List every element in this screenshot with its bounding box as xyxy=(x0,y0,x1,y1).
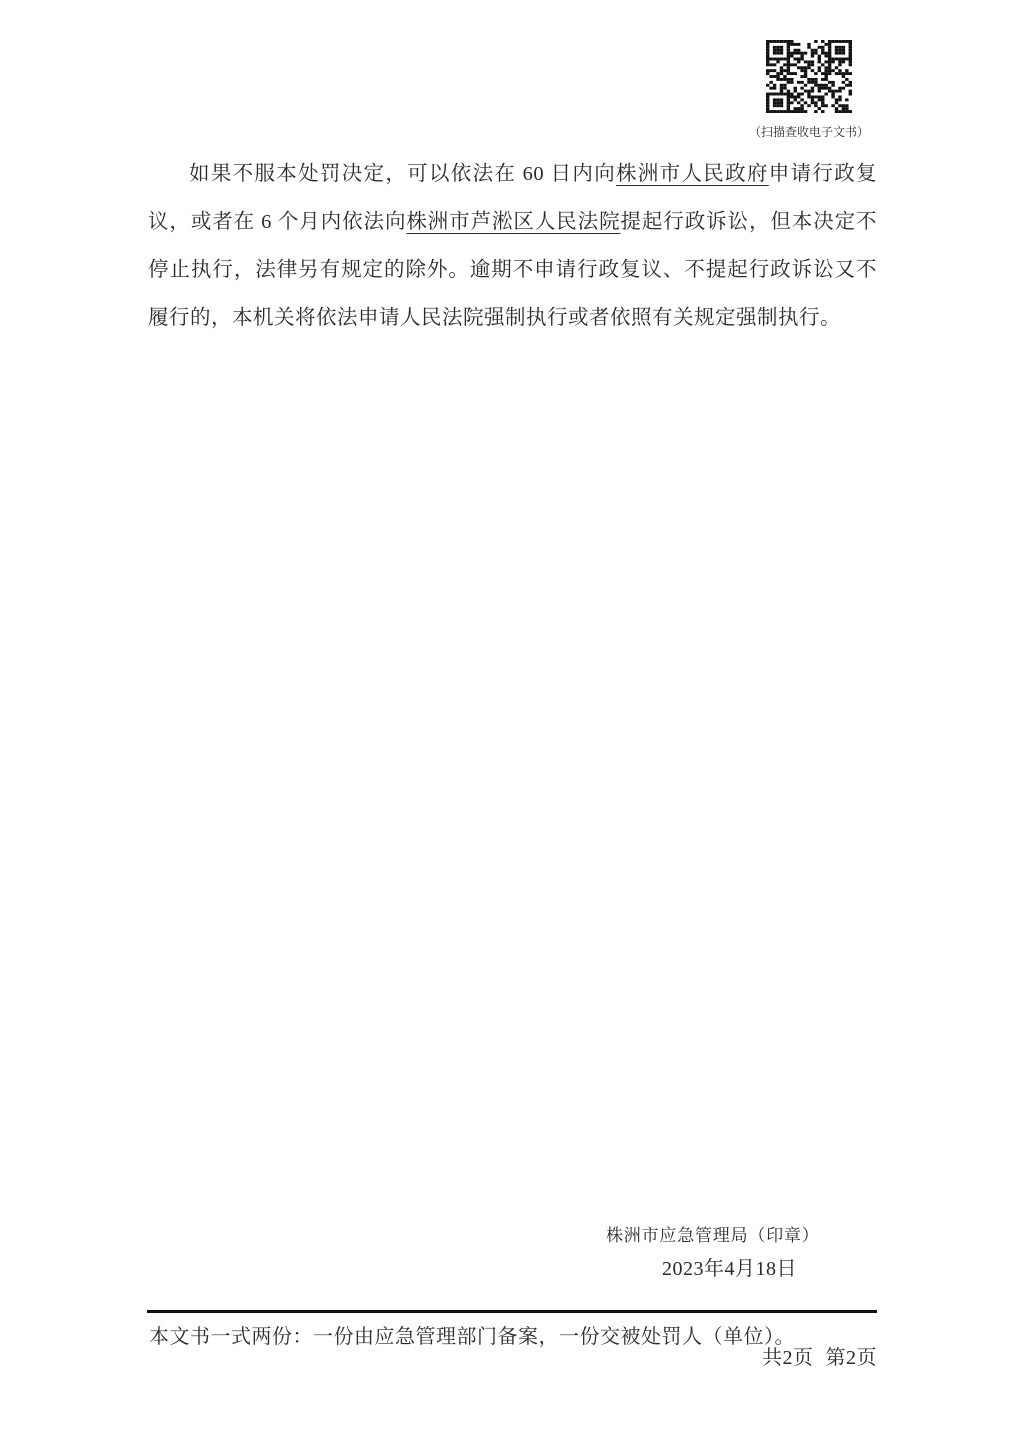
qr-code-icon xyxy=(766,40,852,113)
document-page: （扫描查收电子文书） 如果不服本处罚决定，可以依法在 60 日内向株洲市人民政府… xyxy=(0,0,1024,1451)
court-name-link: 株洲市芦淞区人民法院 xyxy=(406,211,620,233)
reconsideration-authority-link: 株洲市人民政府 xyxy=(616,163,769,185)
body-text-segment: 如果不服本处罚决定，可以依法在 60 日内向 xyxy=(189,163,616,185)
page-counter: 共2页第2页 xyxy=(148,1341,877,1370)
signature-authority: 株洲市应急管理局（印章） xyxy=(606,1221,820,1246)
qr-block: （扫描查收电子文书） xyxy=(744,40,874,140)
qr-caption: （扫描查收电子文书） xyxy=(744,123,874,140)
pages-total: 共2页 xyxy=(762,1347,814,1369)
signature-date: 2023年4月18日 xyxy=(662,1252,797,1281)
page-current: 第2页 xyxy=(826,1347,878,1369)
footer-divider xyxy=(147,1310,877,1313)
appeal-rights-paragraph: 如果不服本处罚决定，可以依法在 60 日内向株洲市人民政府申请行政复议，或者在 … xyxy=(148,150,877,342)
